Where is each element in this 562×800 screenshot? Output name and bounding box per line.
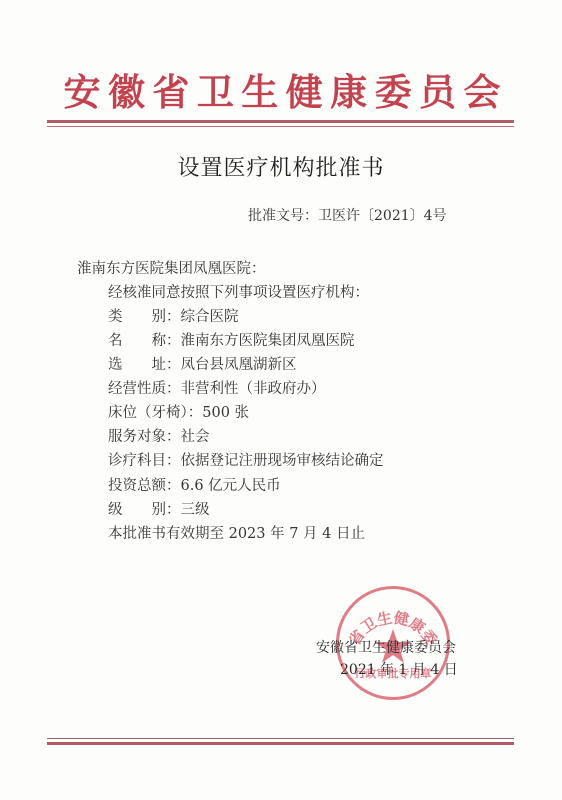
field-category: 类 别：综合医院 <box>108 307 239 327</box>
letterhead-char: 卫 <box>195 62 235 116</box>
header-rule-thin <box>47 126 514 127</box>
footer-rule-thick <box>47 742 514 745</box>
field-value: 淮南东方医院集团凤凰医院 <box>181 333 355 349</box>
letterhead-char: 徽 <box>106 62 146 116</box>
addressee: 淮南东方医院集团凤凰医院： <box>77 259 266 279</box>
header-rule-thick <box>47 120 514 123</box>
field-value: 综合医院 <box>181 309 239 325</box>
letterhead-char: 委 <box>373 62 413 116</box>
field-value: 非营利性（非政府办） <box>181 381 326 397</box>
issue-date: 2021 年 1 月 4 日 <box>340 659 458 679</box>
letterhead-char: 生 <box>240 62 280 116</box>
letterhead-char: 省 <box>151 62 191 116</box>
validity-statement: 本批准书有效期至 2023 年 7 月 4 日止 <box>108 524 365 544</box>
field-label: 投资总额： <box>108 478 181 494</box>
field-label: 床位（牙椅）： <box>108 405 202 421</box>
field-value: 6.6 亿元人民币 <box>181 478 281 494</box>
field-label: 级 别： <box>108 502 181 518</box>
field-label: 名 称： <box>108 333 181 349</box>
field-operation-nature: 经营性质：非营利性（非政府办） <box>108 379 326 399</box>
approval-number: 批准文号：卫医许〔2021〕4号 <box>248 205 447 225</box>
field-value: 社会 <box>181 429 210 445</box>
issuer-name: 安徽省卫生健康委员会 <box>316 637 456 657</box>
field-label: 服务对象： <box>108 429 181 445</box>
field-label: 诊疗科目： <box>108 453 181 469</box>
letterhead-char: 员 <box>418 62 458 116</box>
field-label: 选 址： <box>108 357 181 373</box>
field-value: 500 张 <box>202 405 249 421</box>
field-investment: 投资总额：6.6 亿元人民币 <box>108 476 281 496</box>
letterhead-char: 康 <box>329 62 369 116</box>
field-value: 三级 <box>181 502 210 518</box>
field-label: 类 别： <box>108 309 181 325</box>
field-beds: 床位（牙椅）：500 张 <box>108 403 249 423</box>
field-value: 依据登记注册现场审核结论确定 <box>181 453 384 469</box>
letterhead-title: 安 徽 省 卫 生 健 康 委 员 会 <box>62 66 502 112</box>
field-level: 级 别：三级 <box>108 500 210 520</box>
field-name: 名 称：淮南东方医院集团凤凰医院 <box>108 331 355 351</box>
footer-rule-thin <box>47 738 514 739</box>
letterhead-char: 会 <box>462 62 502 116</box>
field-value: 凤台县凤凰湖新区 <box>181 357 297 373</box>
intro-text: 经核准同意按照下列事项设置医疗机构： <box>108 283 369 303</box>
field-departments: 诊疗科目：依据登记注册现场审核结论确定 <box>108 451 384 471</box>
document-title: 设置医疗机构批准书 <box>0 151 562 182</box>
letterhead-char: 健 <box>284 62 324 116</box>
field-service-target: 服务对象：社会 <box>108 427 210 447</box>
field-location: 选 址：凤台县凤凰湖新区 <box>108 355 297 375</box>
letterhead-char: 安 <box>62 62 102 116</box>
field-label: 经营性质： <box>108 381 181 397</box>
